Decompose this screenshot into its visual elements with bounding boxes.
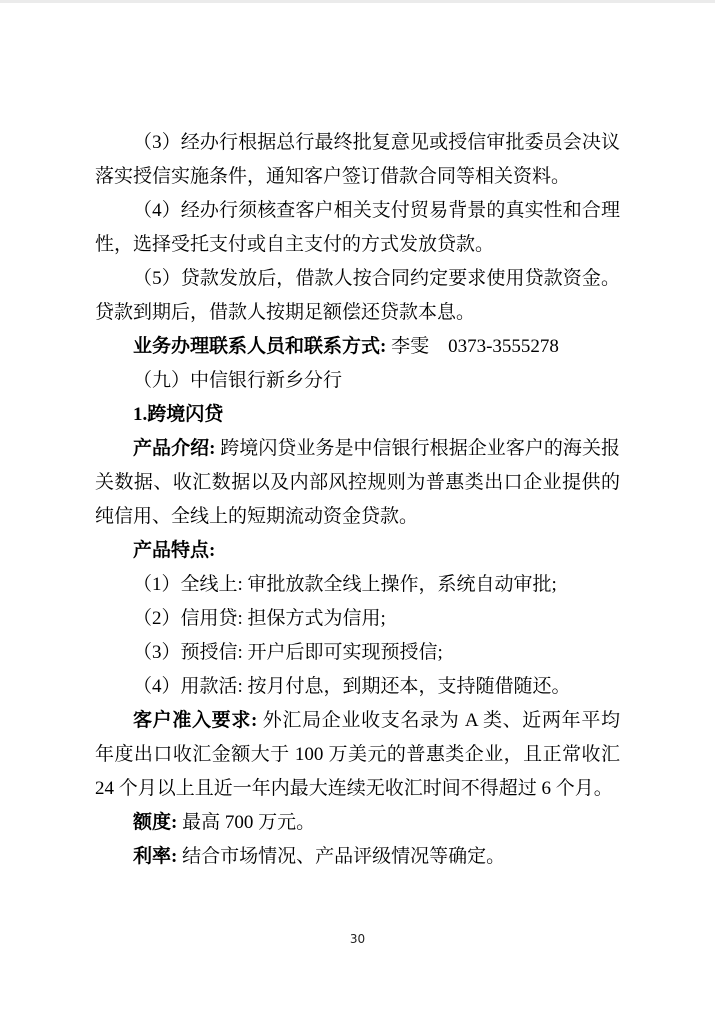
paragraph-product-intro: 产品介绍: 跨境闪贷业务是中信银行根据企业客户的海关报关数据、收汇数据以及内部风… bbox=[95, 432, 620, 534]
paragraph-step-5: （5）贷款发放后，借款人按合同约定要求使用贷款资金。贷款到期后，借款人按期足额偿… bbox=[95, 262, 620, 330]
list-item-feature-3: （3）预授信: 开户后即可实现预授信; bbox=[95, 636, 620, 670]
page-footer: 30 bbox=[0, 932, 715, 946]
customer-requirements-label: 客户准入要求: bbox=[133, 710, 257, 731]
product-intro-label: 产品介绍: bbox=[133, 438, 215, 459]
page-top-edge bbox=[0, 0, 715, 3]
paragraph-customer-requirements: 客户准入要求: 外汇局企业收支名录为 A 类、近两年平均年度出口收汇金额大于 1… bbox=[95, 704, 620, 806]
rate-value: 结合市场情况、产品评级情况等确定。 bbox=[177, 846, 505, 867]
document-body: （3）经办行根据总行最终批复意见或授信审批委员会决议落实授信实施条件，通知客户签… bbox=[95, 126, 620, 874]
page-number: 30 bbox=[350, 932, 365, 946]
heading-text: （九）中信银行新乡分行 bbox=[133, 370, 342, 391]
list-item-feature-4: （4）用款活: 按月付息，到期还本，支持随借随还。 bbox=[95, 670, 620, 704]
list-item-feature-1: （1）全线上: 审批放款全线上操作，系统自动审批; bbox=[95, 568, 620, 602]
paragraph-text: （5）贷款发放后，借款人按合同约定要求使用贷款资金。贷款到期后，借款人按期足额偿… bbox=[95, 268, 620, 323]
document-page: （3）经办行根据总行最终批复意见或授信审批委员会决议落实授信实施条件，通知客户签… bbox=[0, 0, 715, 1011]
contact-label: 业务办理联系人员和联系方式: bbox=[133, 336, 386, 357]
rate-label: 利率: bbox=[133, 846, 177, 867]
heading-product-features: 产品特点: bbox=[95, 534, 620, 568]
heading-text: 产品特点: bbox=[133, 540, 215, 561]
heading-section-9: （九）中信银行新乡分行 bbox=[95, 364, 620, 398]
quota-value: 最高 700 万元。 bbox=[177, 812, 315, 833]
feature-text: （1）全线上: 审批放款全线上操作，系统自动审批; bbox=[133, 574, 557, 595]
contact-value: 李雯 0373-3555278 bbox=[386, 336, 559, 357]
list-item-feature-2: （2）信用贷: 担保方式为信用; bbox=[95, 602, 620, 636]
paragraph-text: （4）经办行须核查客户相关支付贸易背景的真实性和合理性，选择受托支付或自主支付的… bbox=[95, 200, 620, 255]
paragraph-text: （3）经办行根据总行最终批复意见或授信审批委员会决议落实授信实施条件，通知客户签… bbox=[95, 132, 620, 187]
paragraph-quota: 额度: 最高 700 万元。 bbox=[95, 806, 620, 840]
quota-label: 额度: bbox=[133, 812, 177, 833]
heading-text: 1.跨境闪贷 bbox=[133, 404, 223, 425]
contact-line: 业务办理联系人员和联系方式: 李雯 0373-3555278 bbox=[95, 330, 620, 364]
paragraph-step-3: （3）经办行根据总行最终批复意见或授信审批委员会决议落实授信实施条件，通知客户签… bbox=[95, 126, 620, 194]
paragraph-rate: 利率: 结合市场情况、产品评级情况等确定。 bbox=[95, 840, 620, 874]
feature-text: （2）信用贷: 担保方式为信用; bbox=[133, 608, 386, 629]
paragraph-step-4: （4）经办行须核查客户相关支付贸易背景的真实性和合理性，选择受托支付或自主支付的… bbox=[95, 194, 620, 262]
heading-product-1: 1.跨境闪贷 bbox=[95, 398, 620, 432]
feature-text: （4）用款活: 按月付息，到期还本，支持随借随还。 bbox=[133, 676, 571, 697]
feature-text: （3）预授信: 开户后即可实现预授信; bbox=[133, 642, 443, 663]
